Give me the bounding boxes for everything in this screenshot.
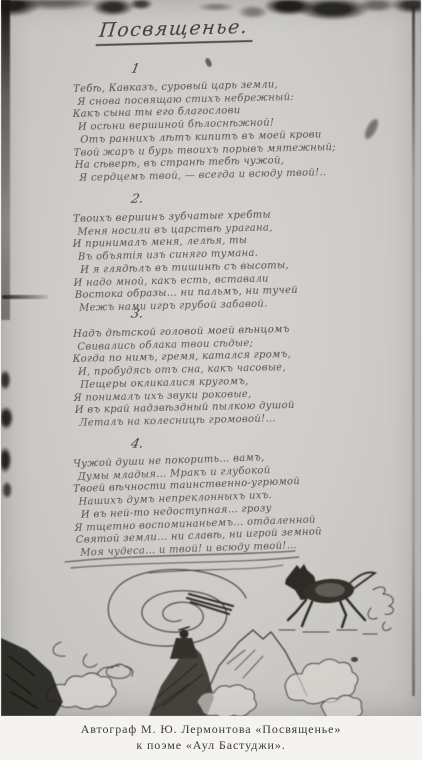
left-margin-blotches [1,360,21,500]
ink-smudge [362,117,380,141]
ink-speck [204,57,212,67]
right-scribble [368,587,393,630]
stanza-number: 1 [129,62,140,77]
horse-front-legs [288,600,312,626]
horse-hind-legs [340,598,365,627]
stanza-lines: Чужой души не покорить… вамъ,Думы младыя… [73,449,356,560]
left-edge-stain [1,0,10,320]
galloping-horse [285,564,375,627]
stanza-lines: Надъ дѣтской головой моей вѣнцомъСвивали… [73,323,355,431]
figure-cloak [170,638,198,659]
stanza-number: 4. [129,437,145,452]
ground-strokes [279,630,377,634]
stanza-2: 2.Твоихъ вершинъ зубчатые хребтыМеня нос… [73,214,353,316]
stanza-lines: Тебѣ, Кавказъ, суровый царь земли,Я снов… [73,78,355,186]
stanza-3: 3.Надъ дѣтской головой моей вѣнцомъСвива… [73,329,353,431]
stanza-lines: Твоихъ вершинъ зубчатые хребтыМеня носил… [73,208,355,316]
handwritten-title: Посвященье. [96,16,256,46]
left-margin-dash [2,295,48,299]
figure-head [180,630,189,639]
horse-dapple [315,583,345,597]
caption-line-1: Автограф М. Ю. Лермонтова «Посвященье» [0,722,422,738]
caption-line-2: к поэме «Аул Бастуджи». [0,738,422,754]
stanza-1: 1Тебѣ, Кавказъ, суровый царь земли,Я сно… [73,84,353,186]
pen-sketch [1,546,421,716]
spiral-scribble [53,569,246,678]
book-page: Посвященье. 1Тебѣ, Кавказъ, суровый царь… [0,0,422,760]
manuscript-photo: Посвященье. 1Тебѣ, Кавказъ, суровый царь… [1,0,421,716]
stanza-number: 2. [129,192,145,207]
horse-tail [350,572,375,589]
caption: Автограф М. Ю. Лермонтова «Посвященье» к… [0,722,422,753]
stanza-number: 3. [129,307,145,322]
